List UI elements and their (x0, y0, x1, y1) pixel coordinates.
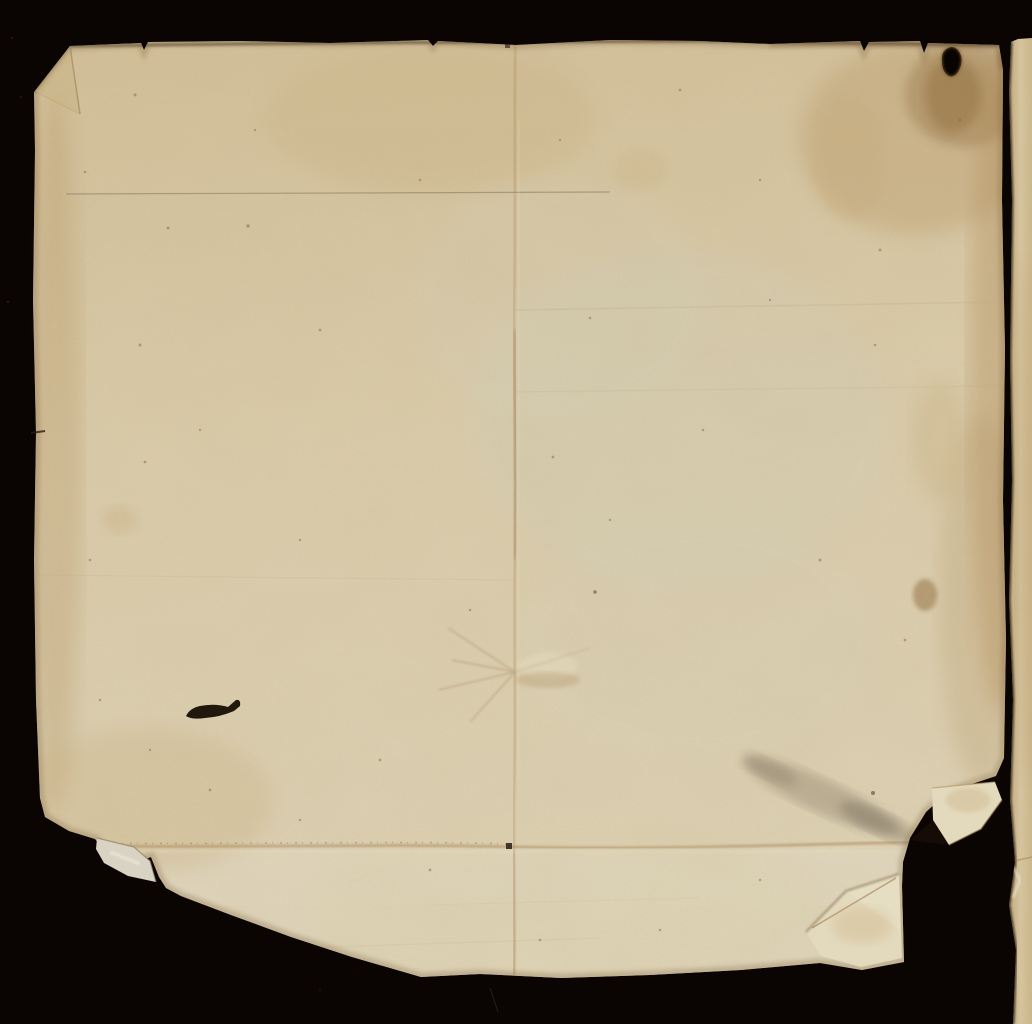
paper-grain-texture (28, 36, 1010, 984)
scan-canvas (0, 0, 1032, 1024)
